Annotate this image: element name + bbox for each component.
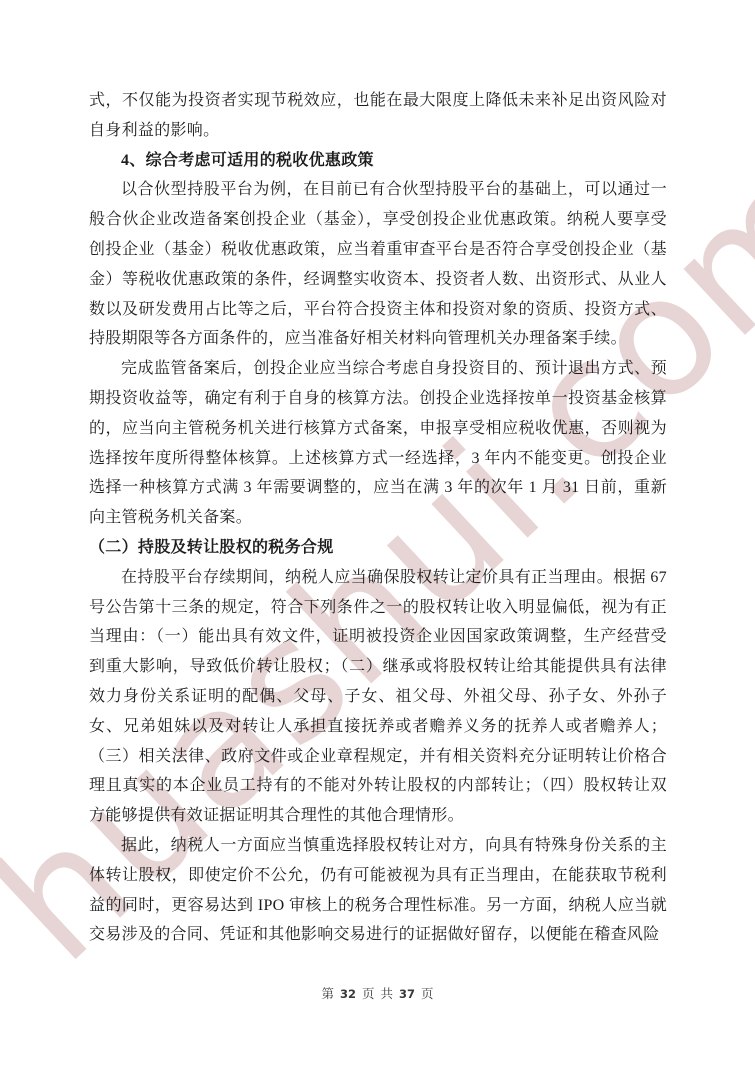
footer-label-ye1: 页 (362, 987, 375, 1001)
paragraph-transfer-pricing: 在持股平台存续期间，纳税人应当确保股权转让定价具有正当理由。根据 67 号公告第… (89, 563, 667, 831)
footer-label-gong: 共 (381, 987, 394, 1001)
footer-label-di: 第 (321, 987, 334, 1001)
footer-page-number: 32 (340, 987, 356, 1001)
heading-section-2: （二）持股及转让股权的税务合规 (89, 533, 667, 563)
document-body: 式，不仅能为投资者实现节税效应，也能在最大限度上降低未来补足出资风险对自身利益的… (89, 86, 667, 950)
heading-item-4: 4、综合考虑可适用的税收优惠政策 (89, 146, 667, 176)
footer-label-ye2: 页 (421, 987, 434, 1001)
paragraph-regulatory-filing: 完成监管备案后，创投企业应当综合考虑自身投资目的、预计退出方式、预期投资收益等，… (89, 354, 667, 533)
document-page: huashui.com 式，不仅能为投资者实现节税效应，也能在最大限度上降低未来… (0, 0, 755, 1067)
paragraph-partnership-platform: 以合伙型持股平台为例，在目前已有合伙型持股平台的基础上，可以通过一般合伙企业改造… (89, 175, 667, 354)
paragraph-carryover: 式，不仅能为投资者实现节税效应，也能在最大限度上降低未来补足出资风险对自身利益的… (89, 86, 667, 146)
footer-total-pages: 37 (399, 987, 415, 1001)
paragraph-conclusion: 据此，纳税人一方面应当慎重选择股权转让对方，向具有特殊身份关系的主体转让股权，即… (89, 831, 667, 950)
page-footer: 第32页共37页 (0, 984, 755, 1002)
